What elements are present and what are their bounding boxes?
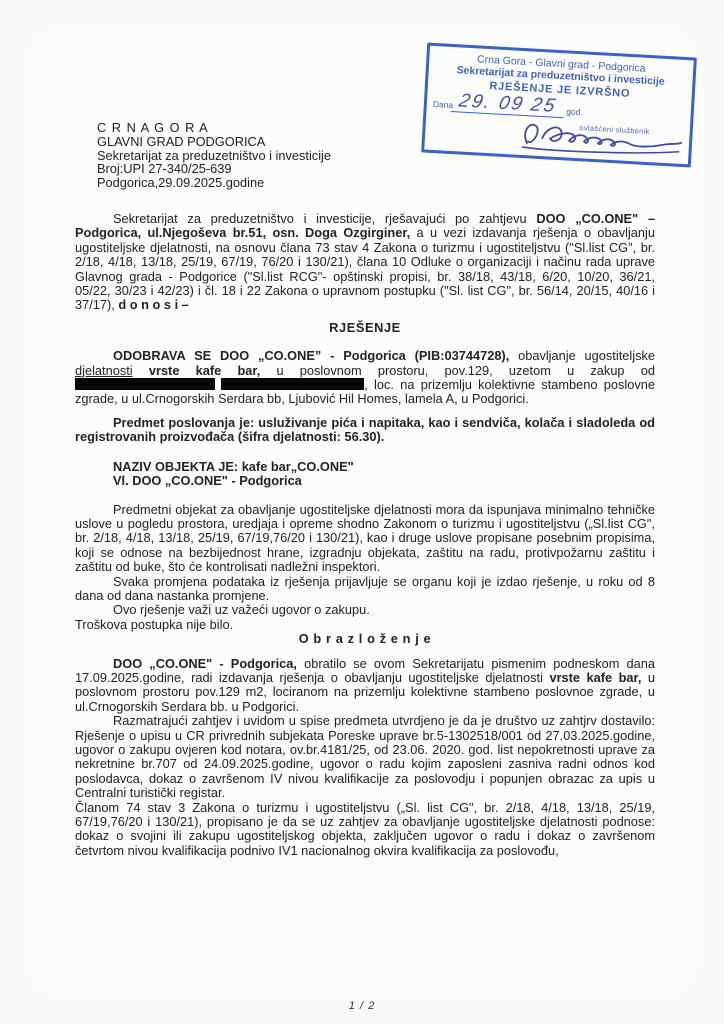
text-run: Ovo rješenje važi uz važeći ugovor o zak… — [113, 602, 370, 617]
obrazlozenje-heading: O b r a z l o ž e n j e — [75, 632, 655, 646]
text-run: vrste kafe bar, — [149, 363, 260, 378]
uslovi-paragraph: Predmetni objekat za obavljanje ugostite… — [75, 503, 655, 575]
rjesenje-heading: RJEŠENJE — [75, 321, 655, 335]
promjena-paragraph: Svaka promjena podataka iz rješenja prij… — [75, 575, 655, 604]
letterhead-date: Podgorica,29.09.2025.godine — [97, 176, 331, 190]
predmet-paragraph: Predmet poslovanja je: usluživanje pića … — [75, 416, 655, 445]
text-run: Predmetni objekat za obavljanje ugostite… — [75, 502, 655, 575]
text-run: Sekretarijat za preduzetništvo i investi… — [113, 211, 536, 226]
stamp-date-suffix: god. — [566, 106, 583, 119]
text-run: Članom 74 stav 3 Zakona o turizmu i ugos… — [75, 800, 655, 858]
intro-paragraph: Sekretarijat za preduzetništvo i investi… — [75, 212, 655, 313]
text-run: DOO „CO.ONE" - Podgorica, — [113, 656, 297, 671]
text-run: ODOBRAVA SE DOO „CO.ONE” - Podgorica (PI… — [113, 348, 509, 363]
text-run: NAZIV OBJEKTA JE: kafe bar„CO.ONE" — [113, 459, 354, 474]
verification-stamp: Crna Gora - Glavni grad - Podgorica Sekr… — [421, 43, 697, 168]
vazenje-paragraph: Ovo rješenje važi uz važeći ugovor o zak… — [75, 603, 655, 617]
text-run: u poslovnom prostoru, pov.129, uzetom u … — [260, 363, 655, 378]
vlasnik-line: Vl. DOO „CO.ONE" - Podgorica — [113, 474, 655, 488]
text-run: vrste kafe bar, — [549, 670, 641, 685]
dokazi-paragraph: Razmatrajući zahtjev i uvidom u spise pr… — [75, 714, 655, 800]
letterhead: C R N A G O R A GLAVNI GRAD PODGORICA Se… — [97, 121, 331, 190]
letterhead-case-number: Broj:UPI 27-340/25-639 — [97, 162, 331, 176]
text-run: Razmatrajući zahtjev i uvidom u spise pr… — [75, 713, 655, 800]
text-run — [133, 363, 149, 378]
redaction-box — [221, 378, 364, 390]
naziv-objekta-line: NAZIV OBJEKTA JE: kafe bar„CO.ONE" — [113, 460, 655, 474]
text-run: Svaka promjena podataka iz rješenja prij… — [75, 574, 655, 603]
text-run: Troškova postupka nije bilo. — [75, 617, 233, 632]
page-number: 1 / 2 — [0, 1000, 724, 1012]
troskovi-paragraph: Troškova postupka nije bilo. — [75, 618, 655, 632]
clan74-paragraph: Članom 74 stav 3 Zakona o turizmu i ugos… — [75, 801, 655, 859]
redaction-box — [75, 378, 215, 390]
document-page: C R N A G O R A GLAVNI GRAD PODGORICA Se… — [0, 0, 724, 1024]
text-run: Predmet poslovanja je: usluživanje pića … — [75, 415, 655, 444]
text-run: djelatnosti — [75, 363, 133, 378]
text-run: Vl. DOO „CO.ONE" - Podgorica — [113, 473, 302, 488]
podnesak-paragraph: DOO „CO.ONE" - Podgorica, obratilo se ov… — [75, 657, 655, 715]
odobrava-paragraph: ODOBRAVA SE DOO „CO.ONE” - Podgorica (PI… — [75, 349, 655, 407]
letterhead-country: C R N A G O R A — [97, 121, 331, 135]
text-run: d o n o s i – — [118, 297, 188, 312]
document-body: Sekretarijat za preduzetništvo i investi… — [75, 212, 655, 858]
text-run: obavljanje ugostiteljske — [509, 348, 655, 363]
letterhead-secretariat: Sekretarijat za preduzetništvo i investi… — [97, 149, 331, 163]
letterhead-city: GLAVNI GRAD PODGORICA — [97, 135, 331, 149]
